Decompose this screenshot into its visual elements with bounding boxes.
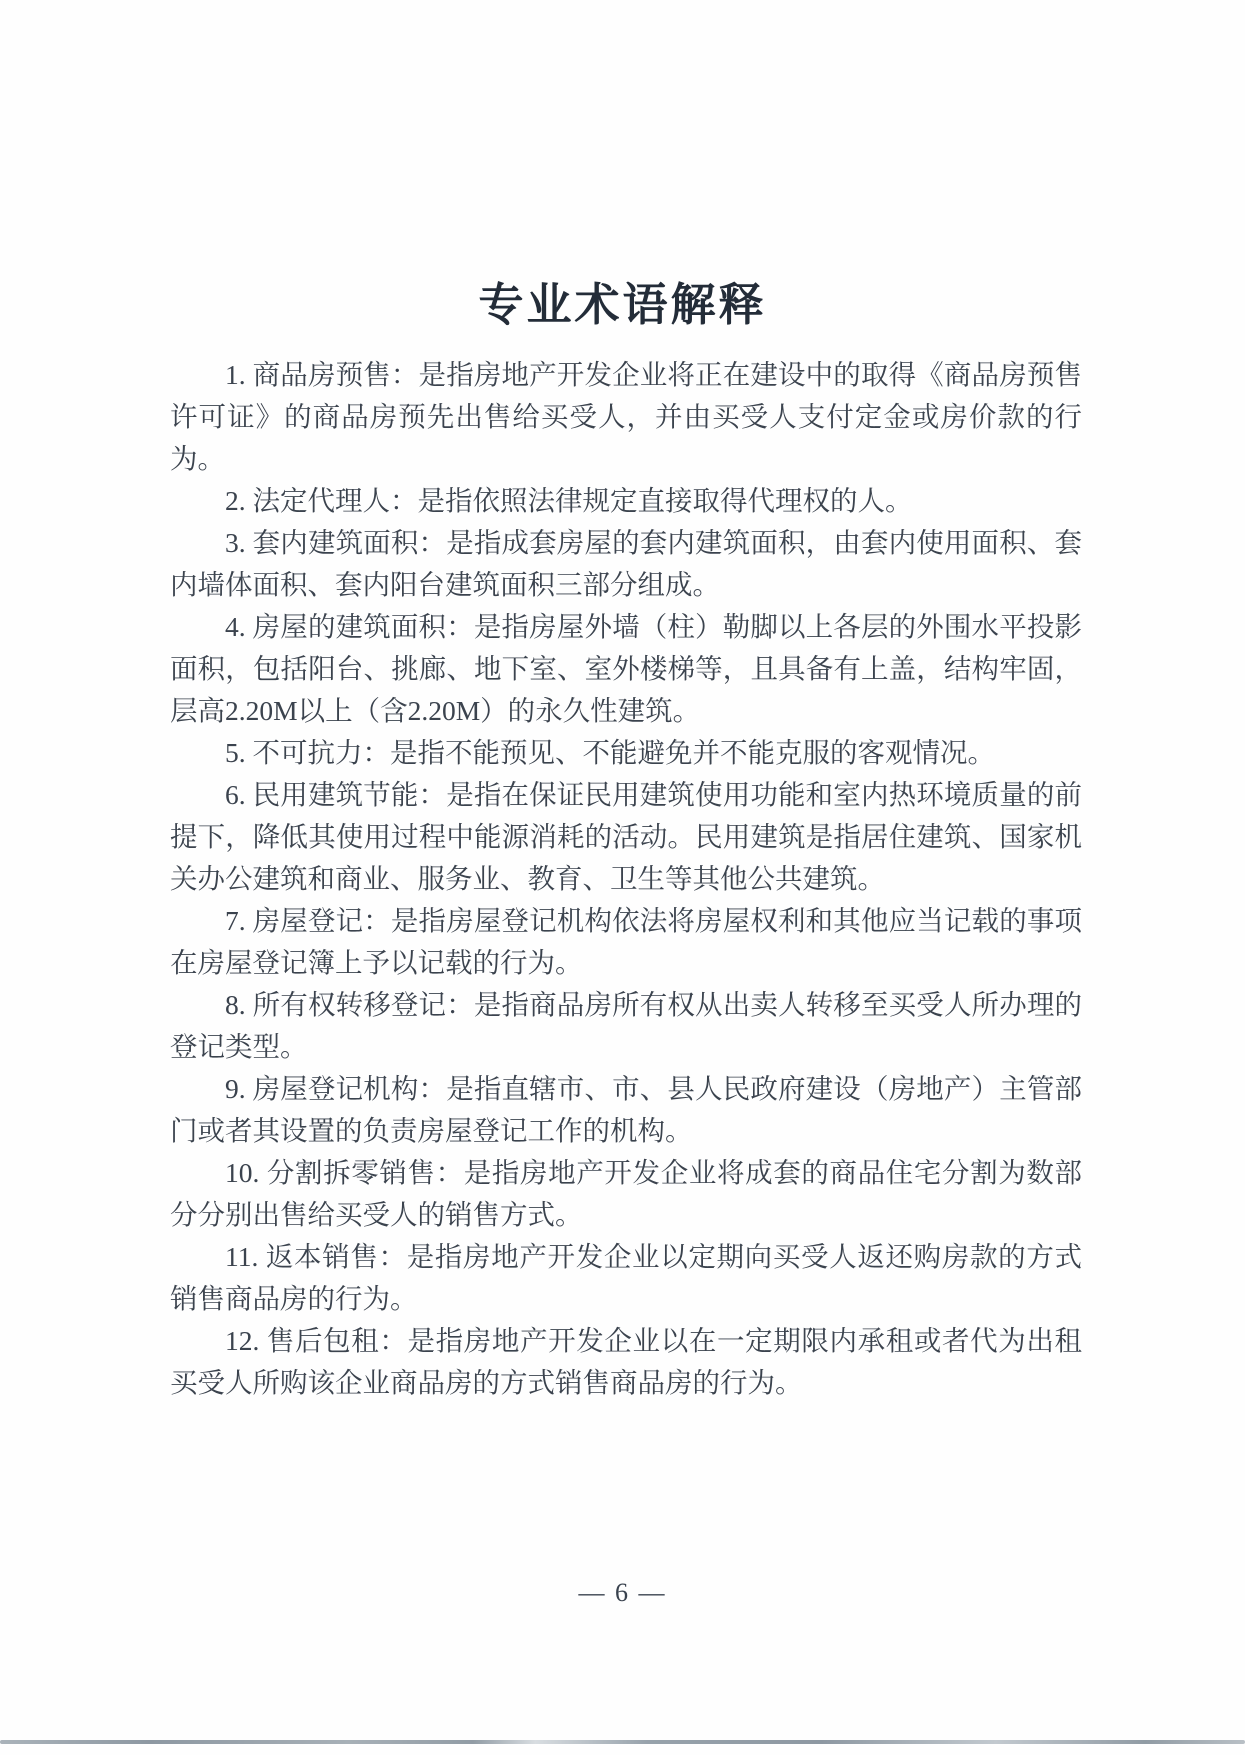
term-paragraph: 1. 商品房预售：是指房地产开发企业将正在建设中的取得《商品房预售许可证》的商品… xyxy=(170,354,1082,480)
document-page: 专业术语解释 1. 商品房预售：是指房地产开发企业将正在建设中的取得《商品房预售… xyxy=(0,0,1245,1755)
term-paragraph: 8. 所有权转移登记：是指商品房所有权从出卖人转移至买受人所办理的登记类型。 xyxy=(170,984,1082,1068)
term-paragraph: 9. 房屋登记机构：是指直辖市、市、县人民政府建设（房地产）主管部门或者其设置的… xyxy=(170,1068,1082,1152)
term-paragraph: 4. 房屋的建筑面积：是指房屋外墙（柱）勒脚以上各层的外围水平投影面积，包括阳台… xyxy=(170,606,1082,732)
term-paragraph: 6. 民用建筑节能：是指在保证民用建筑使用功能和室内热环境质量的前提下，降低其使… xyxy=(170,774,1082,900)
term-paragraph: 10. 分割拆零销售：是指房地产开发企业将成套的商品住宅分割为数部分分别出售给买… xyxy=(170,1152,1082,1236)
page-number: — 6 — xyxy=(0,1578,1245,1608)
term-paragraph: 7. 房屋登记：是指房屋登记机构依法将房屋权利和其他应当记载的事项在房屋登记簿上… xyxy=(170,900,1082,984)
terms-list: 1. 商品房预售：是指房地产开发企业将正在建设中的取得《商品房预售许可证》的商品… xyxy=(170,354,1082,1404)
term-paragraph: 11. 返本销售：是指房地产开发企业以定期向买受人返还购房款的方式销售商品房的行… xyxy=(170,1236,1082,1320)
term-paragraph: 12. 售后包租：是指房地产开发企业以在一定期限内承租或者代为出租买受人所购该企… xyxy=(170,1320,1082,1404)
page-title: 专业术语解释 xyxy=(0,268,1245,333)
term-paragraph: 2. 法定代理人：是指依照法律规定直接取得代理权的人。 xyxy=(170,480,1082,522)
scan-edge-line xyxy=(0,1740,1245,1744)
term-paragraph: 3. 套内建筑面积：是指成套房屋的套内建筑面积，由套内使用面积、套内墙体面积、套… xyxy=(170,522,1082,606)
term-paragraph: 5. 不可抗力：是指不能预见、不能避免并不能克服的客观情况。 xyxy=(170,732,1082,774)
